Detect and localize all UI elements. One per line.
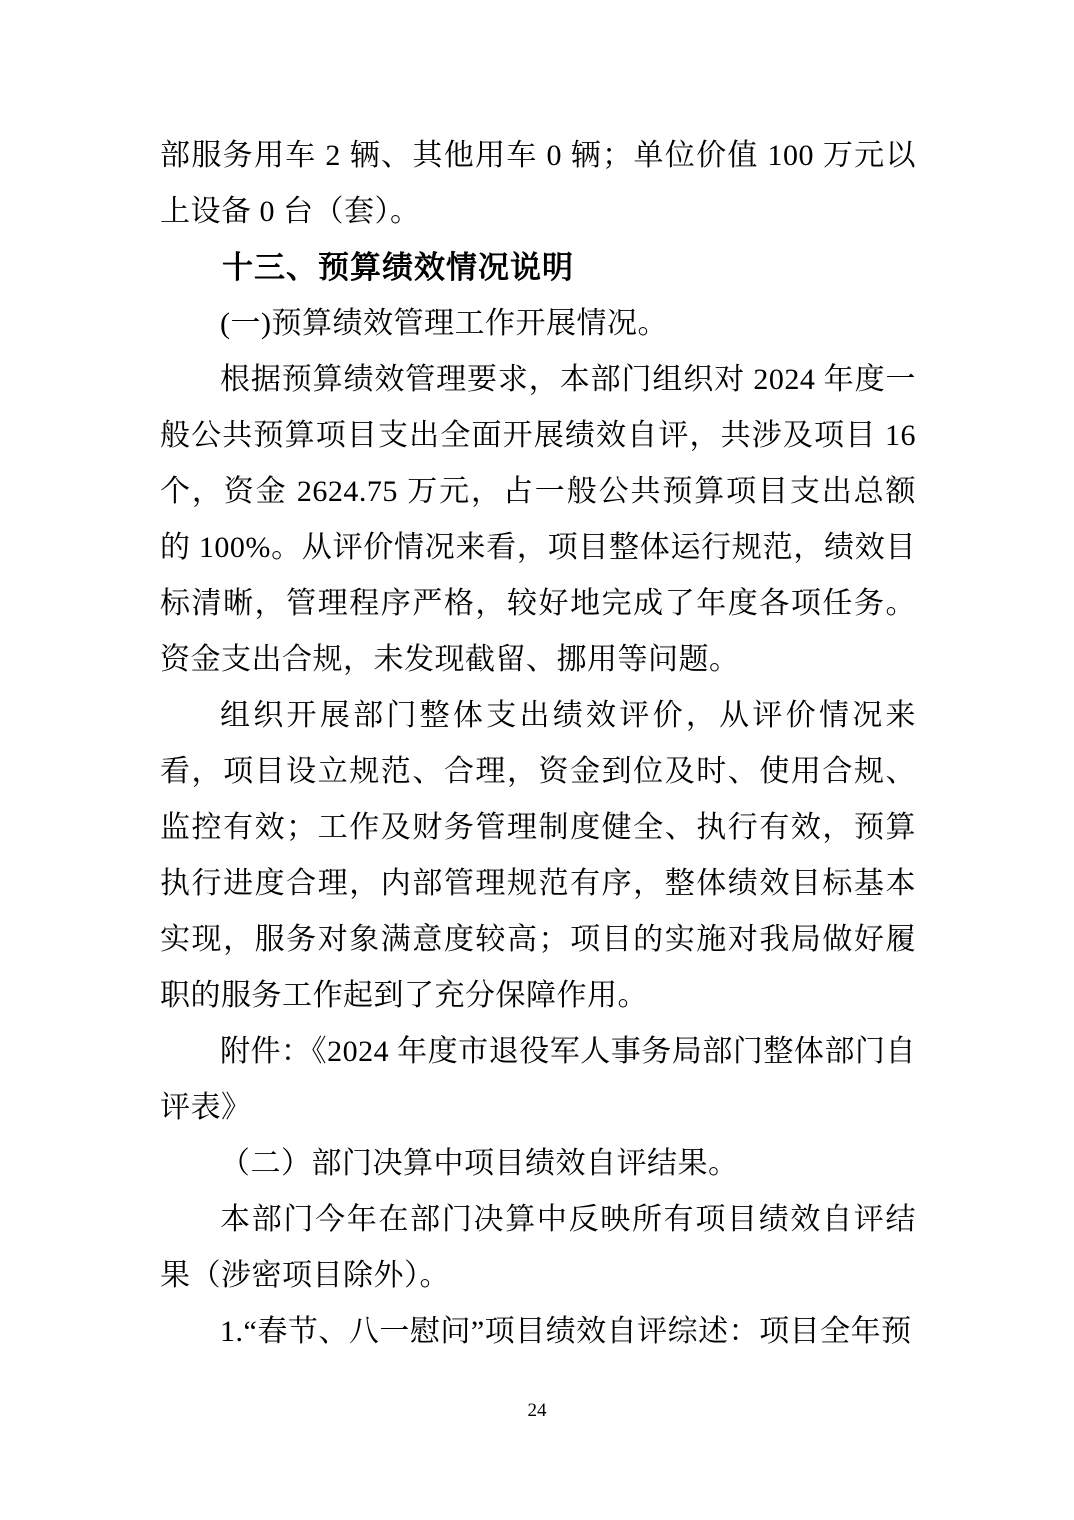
document-body: 部服务用车 2 辆、其他用车 0 辆；单位价值 100 万元以上设备 0 台（套… [160, 128, 916, 1360]
body-paragraph-decision-results: 本部门今年在部门决算中反映所有项目绩效自评结果（涉密项目除外）。 [160, 1192, 916, 1304]
attachment-line: 附件：《2024 年度市退役军人事务局部门整体部门自评表》 [160, 1024, 916, 1136]
page-number: 24 [0, 1400, 1074, 1422]
section-heading: 十三、预算绩效情况说明 [160, 240, 916, 296]
body-paragraph-overall-eval: 组织开展部门整体支出绩效评价，从评价情况来看，项目设立规范、合理，资金到位及时、… [160, 688, 916, 1024]
paragraph-continuation: 部服务用车 2 辆、其他用车 0 辆；单位价值 100 万元以上设备 0 台（套… [160, 128, 916, 240]
body-paragraph-project-1: 1.“春节、八一慰问”项目绩效自评综述：项目全年预 [160, 1304, 916, 1360]
document-page: 部服务用车 2 辆、其他用车 0 辆；单位价值 100 万元以上设备 0 台（套… [0, 0, 1074, 1520]
subsection-heading-2: （二）部门决算中项目绩效自评结果。 [160, 1136, 916, 1192]
body-paragraph-performance-self-eval: 根据预算绩效管理要求，本部门组织对 2024 年度一般公共预算项目支出全面开展绩… [160, 352, 916, 688]
subsection-heading-1: (一)预算绩效管理工作开展情况。 [160, 296, 916, 352]
